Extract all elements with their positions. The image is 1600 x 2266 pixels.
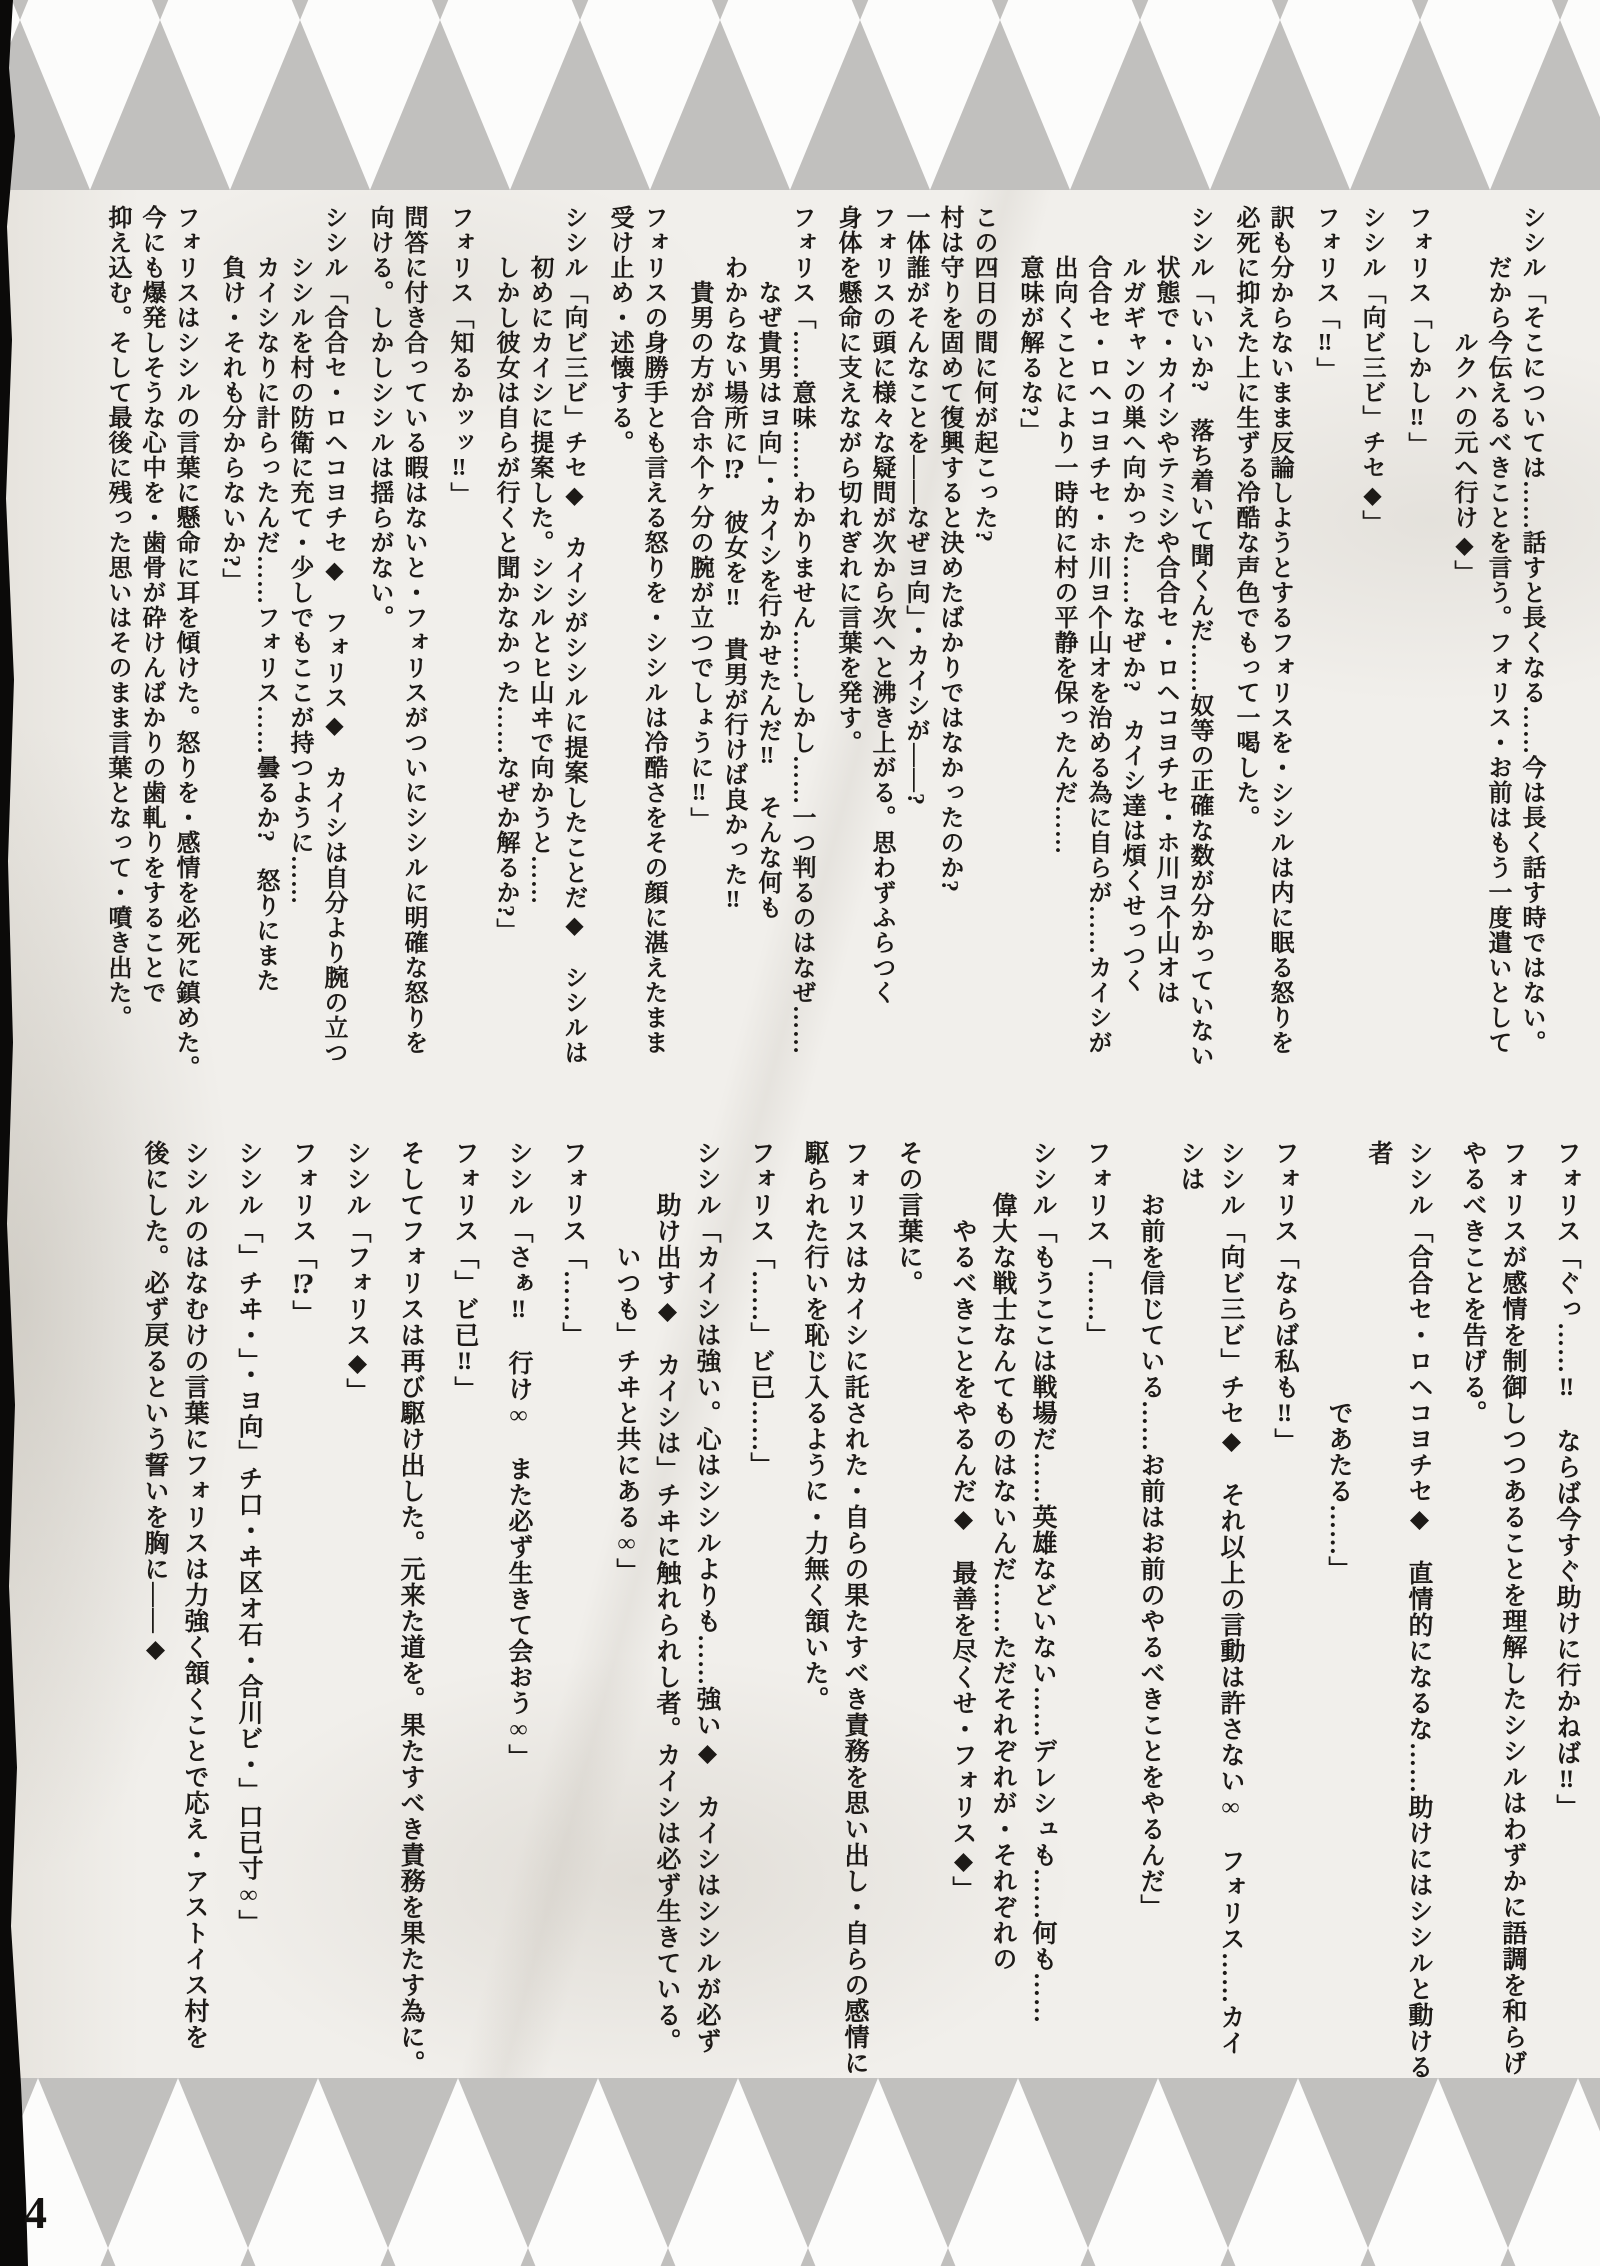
text-column: その言葉に。	[888, 1140, 928, 2080]
text-column: 村は守りを固めて復興すると決めたばかりではなかったのか?	[932, 205, 966, 1155]
text-column: 合合セ・ロヘコヨチセ・ホ川ヨ个山オを治める為に自らが……カイシが	[1080, 205, 1114, 1155]
text-column: この四日の間に何が起こった?	[966, 205, 1000, 1155]
text-column: 訳も分からないまま反論しようとするフォリスを・シシルは内に眠る怒りを	[1262, 205, 1296, 1155]
text-column: 助け出す◆ カイシは」チヰに触れられし者。カイシは必ず生きている。	[646, 1140, 686, 2080]
text-column: シシル「合合セ・ロヘコヨチセ◆ フォリス◆ カイシは自分より腕の立つ	[316, 205, 350, 1155]
text-column: フォリス「……」	[1076, 1140, 1116, 2080]
doujin-text-page: { "page": { "number": "4" }, "decor": { …	[0, 0, 1600, 2266]
text-band-upper: シシル「そこについては……話すと長くなる……今は長く話す時ではない。 だから今伝…	[100, 205, 1548, 1155]
text-column: 向ける。しかしシシルは揺らがない。	[362, 205, 396, 1155]
text-column: お前を信じている……お前はお前のやるべきことをやるんだ」	[1130, 1140, 1170, 2080]
text-column: 身体を懸命に支えながら切れぎれに言葉を発す。	[830, 205, 864, 1155]
text-column: 初めにカイシに提案した。シシルとヒ山ヰで向かうと……	[522, 205, 556, 1155]
diamond-pattern-bottom	[0, 2078, 1600, 2266]
text-column: いつも」チヰと共にある∞」	[606, 1140, 646, 2080]
text-column: シシル「そこについては……話すと長くなる……今は長く話す時ではない。	[1514, 205, 1548, 1155]
text-column: フォリスの身勝手とも言える怒りを・シシルは冷酷さをその顔に湛えたまま	[636, 205, 670, 1155]
text-column: シシルを村の防衛に充て・少しでもここが持つように……	[282, 205, 316, 1155]
page-number: 4	[24, 2186, 47, 2239]
text-column: シシル「向ビ三ビ」チセ◆」	[1354, 205, 1388, 1155]
text-column: ルガギャンの巣へ向かった……なぜか? カイシ達は煩くせっつく	[1114, 205, 1148, 1155]
text-column: 抑え込む。そして最後に残った思いはそのまま言葉となって・噴き出た。	[100, 205, 134, 1155]
text-column: カイシなりに計らったんだ……フォリス……曇るか? 怒りにまた	[248, 205, 282, 1155]
text-column: シシル「もうここは戦場だ……英雄などいない……デレシュも……何も……	[1022, 1140, 1062, 2080]
text-column: フォリスはシシルの言葉に懸命に耳を傾けた。怒りを・感情を必死に鎮めた。	[168, 205, 202, 1155]
text-column: フォリス「知るかッッ‼」	[442, 205, 476, 1155]
diamond-pattern-top	[0, 0, 1600, 190]
text-column: 出向くことにより一時的に村の平静を保ったんだ……	[1046, 205, 1080, 1155]
text-column: やるべきことを告げる。	[1452, 1140, 1492, 2080]
text-column: 駆られた行いを恥じ入るように・力無く頷いた。	[794, 1140, 834, 2080]
text-column: フォリス「ぐっ……‼ ならば今すぐ助けに行かねば‼」	[1546, 1140, 1586, 2080]
text-column: フォリス「ならば私も‼」	[1264, 1140, 1304, 2080]
text-column: 偉大な戦士なんてものはないんだ……ただそれぞれが・それぞれの	[982, 1140, 1022, 2080]
text-band-lower: フォリス「ぐっ……‼ ならば今すぐ助けに行かねば‼」フォリスが感情を制御しつつあ…	[134, 1140, 1586, 2080]
text-column: 一体誰がそんなことを――なぜヨ向」・カイシが――?	[898, 205, 932, 1155]
text-column: フォリス「‼」	[1308, 205, 1342, 1155]
text-column: フォリスが感情を制御しつつあることを理解したシシルはわずかに語調を和らげ	[1492, 1140, 1532, 2080]
text-column: シシル「いいか? 落ち着いて聞くんだ……奴等の正確な数が分かっていない	[1182, 205, 1216, 1155]
text-column: であたる……」	[1318, 1140, 1358, 2080]
text-column: シシル「向ビ三ビ」チセ◆ カイシがシシルに提案したことだ◆ シシルは	[556, 205, 590, 1155]
torn-edge	[0, 0, 34, 2266]
text-column: やるべきことをやるんだ◆ 最善を尽くせ・フォリス◆」	[942, 1140, 982, 2080]
text-column: わからない場所に⁉ 彼女を‼ 貴男が行けば良かった‼	[716, 205, 750, 1155]
text-column: シシルのはなむけの言葉にフォリスは力強く頷くことで応え・アストイス村を	[174, 1140, 214, 2080]
text-column: シシル「さぁ‼ 行け∞ また必ず生きて会おう∞」	[498, 1140, 538, 2080]
text-column: シシル「向ビ三ビ」チセ◆ それ以上の言動は許さない∞ フォリス……カイシは	[1170, 1140, 1250, 2080]
text-column: 後にした。必ず戻るという誓いを胸に――◆	[134, 1140, 174, 2080]
text-column: シシル「フォリス◆」	[336, 1140, 376, 2080]
text-column: 意味が解るな?」	[1012, 205, 1046, 1155]
text-column: 必死に抑えた上に生ずる冷酷な声色でもって一喝した。	[1228, 205, 1262, 1155]
text-column: シシル「合合セ・ロヘコヨチセ◆ 直情的になるな……助けにはシシルと動ける者	[1358, 1140, 1438, 2080]
text-column: フォリス「しかし‼」	[1400, 205, 1434, 1155]
text-column: シシル「カイシは強い。心はシシルよりも……強い◆ カイシはシシルが必ず	[686, 1140, 726, 2080]
text-column: そしてフォリスは再び駆け出した。元来た道を。果たすべき責務を果たす為に。	[390, 1140, 430, 2080]
text-column: 受け止め・述懐する。	[602, 205, 636, 1155]
text-column: 負け・それも分からないか?」	[214, 205, 248, 1155]
text-column: 貴男の方が合ホ个ヶ分の腕が立つでしょうに‼」	[682, 205, 716, 1155]
text-column: 問答に付き合っている暇はないと・フォリスがついにシシルに明確な怒りを	[396, 205, 430, 1155]
text-column: なぜ貴男はヨ向」・カイシを行かせたんだ‼ そんな何も	[750, 205, 784, 1155]
text-column: フォリス「……」ビ已……」	[740, 1140, 780, 2080]
text-column: 状態で・カイシやテミシや合合セ・ロヘコヨチセ・ホ川ヨ个山オは	[1148, 205, 1182, 1155]
text-column: しかし彼女は自らが行くと聞かなかった……なぜか解るか?」	[488, 205, 522, 1155]
text-column: だから今伝えるべきことを言う。フォリス・お前はもう一度遣いとして	[1480, 205, 1514, 1155]
text-column: フォリス「」ビ已‼」	[444, 1140, 484, 2080]
text-column: 今にも爆発しそうな心中を・歯骨が砕けんばかりの歯軋りをすることで	[134, 205, 168, 1155]
text-column: ルクハの元へ行け◆」	[1446, 205, 1480, 1155]
text-column: シシル「」チヰ・」・ヨ向」チ口・ヰ区オ石・合川ビ・」口已寸∞」	[228, 1140, 268, 2080]
text-column: フォリス「⁉」	[282, 1140, 322, 2080]
text-column: フォリスの頭に様々な疑問が次から次へと沸き上がる。思わずふらつく	[864, 205, 898, 1155]
text-column: フォリスはカイシに託された・自らの果たすべき責務を思い出し・自らの感情に	[834, 1140, 874, 2080]
text-column: フォリス「……意味……わかりません……しかし……一つ判るのはなぜ……	[784, 205, 818, 1155]
text-column: フォリス「……」	[552, 1140, 592, 2080]
